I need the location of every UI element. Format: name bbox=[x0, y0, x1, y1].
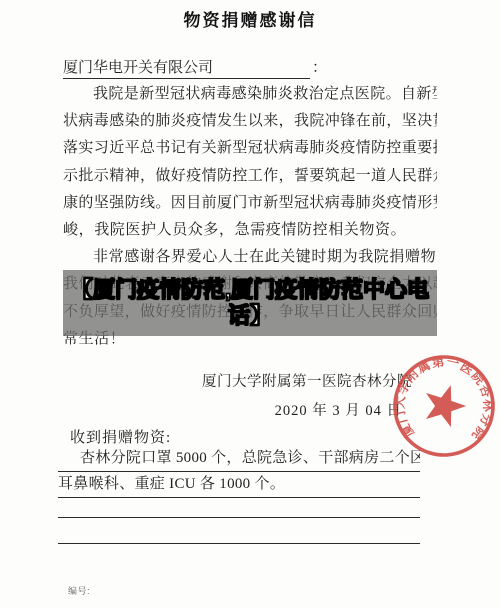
seal-star-icon bbox=[418, 379, 470, 430]
red-seal-stamp-icon: 厦门大学附属第一医院杏林分院 bbox=[388, 350, 500, 468]
body-line: 示批示精神，做好疫情防控工作，誓要筑起一道人民群众健 bbox=[63, 163, 437, 190]
donated-item-line: 耳鼻喉科、重症 ICU 各 1000 个。 bbox=[58, 472, 420, 498]
blank-underline bbox=[58, 518, 420, 544]
donated-items-list: 杏林分院口罩 5000 个，总院急诊、干部病房二个区 、 耳鼻喉科、重症 ICU… bbox=[58, 446, 420, 544]
letter-date: 2020 年 3 月 04 日 bbox=[275, 399, 402, 420]
body-line: 康的坚强防线。因目前厦门市新型冠状病毒肺炎疫情形势严 bbox=[63, 190, 437, 217]
recipient-line: 厦门华电开关有限公司： bbox=[63, 56, 327, 79]
body-line: 落实习近平总书记有关新型冠状病毒肺炎疫情防控重要指 bbox=[63, 135, 437, 162]
received-goods-label: 收到捐赠物资: bbox=[70, 426, 171, 447]
watermark-text: 【厦门疫情防范,厦门疫情防范中心电 话】 bbox=[71, 277, 429, 329]
watermark-line1: 【厦门疫情防范,厦门疫情防范中心电 bbox=[71, 277, 429, 302]
body-line: 非常感谢各界爱心人士在此关键时期为我院捐赠物资， bbox=[63, 244, 437, 271]
blank-underline bbox=[58, 498, 420, 518]
body-line: 我院是新型冠状病毒感染肺炎救治定点医院。自新型冠 bbox=[63, 81, 437, 108]
recipient-colon: ： bbox=[312, 56, 327, 77]
serial-number-label: 编号: bbox=[68, 584, 90, 597]
donated-item-line: 杏林分院口罩 5000 个，总院急诊、干部病房二个区 、 bbox=[58, 446, 420, 472]
page-title: 物资捐赠感谢信 bbox=[0, 6, 500, 31]
watermark-overlay: 【厦门疫情防范,厦门疫情防范中心电 话】 bbox=[63, 270, 437, 336]
watermark-line2: 话】 bbox=[228, 303, 272, 328]
body-line: 状病毒感染的肺炎疫情发生以来，我院冲锋在前，坚决贯彻 bbox=[63, 108, 437, 135]
recipient-name: 厦门华电开关有限公司 bbox=[63, 56, 310, 79]
body-line: 峻，我院医护人员众多，急需疫情防控相关物资。 bbox=[63, 217, 437, 244]
hospital-signature: 厦门大学附属第一医院杏林分院 bbox=[202, 370, 412, 391]
donation-letter-page: 物资捐赠感谢信 厦门华电开关有限公司： 我院是新型冠状病毒感染肺炎救治定点医院。… bbox=[0, 0, 500, 608]
